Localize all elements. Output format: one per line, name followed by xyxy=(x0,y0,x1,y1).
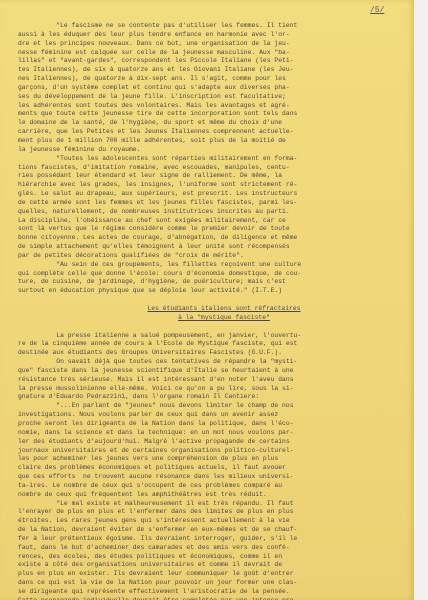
text-line: journaux universitaires et de certaines … xyxy=(18,447,394,456)
text-line: bonne citoyenne. Les actes de courage, d… xyxy=(18,234,394,243)
text-line: les adhérentes sont toutes des volontair… xyxy=(18,102,394,111)
text-line: ries possédant leur étendard et leur sig… xyxy=(18,172,394,181)
section-heading: Les étudiants italiens sont réfractaires… xyxy=(18,305,394,323)
text-line: étroites. Les rares jeunes gens qui s'in… xyxy=(18,517,394,526)
section-paragraph-4: "Le mal existe et malheureusement il est… xyxy=(18,500,394,600)
text-line: nombre de ceux qui fréquentent les amphi… xyxy=(18,491,394,500)
text-line: destinée aux étudiants des Groupes Unive… xyxy=(18,349,394,358)
paragraph-3: "Au sein de ces groupements, les fillett… xyxy=(18,261,394,296)
text-line: rences, des écoles, des études politique… xyxy=(18,553,394,562)
paragraph-2: "Toutes les adolescentes sont réparties … xyxy=(18,155,394,261)
section-paragraph-3: "...En parlant de "jeunes" nous devons l… xyxy=(18,402,394,499)
text-line: résistance très sérieuse. Mais il est in… xyxy=(18,376,394,385)
text-line: ments que toute cette jeunesse tire de c… xyxy=(18,110,394,119)
spacer xyxy=(18,296,394,305)
text-line: re de la cinquième année de cours à l'Ec… xyxy=(18,340,394,349)
text-line: ture, de cuisine, de jardinage, d'hygièn… xyxy=(18,278,394,287)
text-line: nesse féminine est calquée sur celle de … xyxy=(18,49,394,58)
text-line: le domaine de la santé, de l'hygiène, du… xyxy=(18,119,394,128)
text-line: On savait déjà que toutes ces tentatives… xyxy=(18,358,394,367)
text-line: que" fasciste dans la jeunesse scientifi… xyxy=(18,367,394,376)
text-line: tes Italiennes), de six à quatorze ans e… xyxy=(18,66,394,75)
document-body: "Le fascisme ne se contente pas d'utilis… xyxy=(18,22,394,600)
text-line: faut, dans le but d'acheminer des camara… xyxy=(18,544,394,553)
text-line: "Le fascisme ne se contente pas d'utilis… xyxy=(18,22,394,31)
text-line: sont là vertus que le régime considère c… xyxy=(18,225,394,234)
text-line: plus en plus en exister. Ils devraient l… xyxy=(18,570,394,579)
text-line: carrière, que les Petites et les Jeunes … xyxy=(18,128,394,137)
text-line: existe à côté des organisations universi… xyxy=(18,561,394,570)
text-line: "Toutes les adolescentes sont réparties … xyxy=(18,155,394,164)
text-line: de cette armée sont les femmes et les je… xyxy=(18,199,394,208)
text-line: les pour acheminer les jeunes vers une c… xyxy=(18,455,394,464)
text-line: que ces efforts ne trouvent aucune réson… xyxy=(18,473,394,482)
text-line: claire des problèmes économiques et poli… xyxy=(18,464,394,473)
text-line: de la Nation, devraient éviter de s'enfe… xyxy=(18,526,394,535)
text-line: "Le mal existe et malheureusement il est… xyxy=(18,500,394,509)
text-line: hiérarchie avec les grades, les insignes… xyxy=(18,181,394,190)
text-line: ta-ires. Le nombre de ceux qui s'occupen… xyxy=(18,482,394,491)
text-line: fer à leur prétentieux égoïsme. Ils devr… xyxy=(18,535,394,544)
text-line: glés. Le salut au drapeau, aux supérieur… xyxy=(18,190,394,199)
text-line: la jeunesse féminine du royaume. xyxy=(18,146,394,155)
text-line: nomie, dans la science et dans la techni… xyxy=(18,429,394,438)
text-line: par de petites décorations qualifiées de… xyxy=(18,252,394,261)
text-line: investigations. Nous voulons parler de c… xyxy=(18,411,394,420)
paragraph-1: "Le fascisme ne se contente pas d'utilis… xyxy=(18,22,394,155)
page-edge xyxy=(414,0,428,600)
page-number: /5/ xyxy=(370,6,384,15)
text-line: tions fascistes, d'imitation romaine, av… xyxy=(18,164,394,173)
text-line: La discipline, l'obéissance au chef sont… xyxy=(18,217,394,226)
section-paragraph-1: La presse italienne a salué pompeusement… xyxy=(18,332,394,359)
text-line: gnature d'Eduardo Pedrazzini, dans l'org… xyxy=(18,393,394,402)
section-paragraph-2: On savait déjà que toutes ces tentatives… xyxy=(18,358,394,402)
heading-line: Les étudiants italiens sont réfractaires xyxy=(54,305,394,314)
spacer xyxy=(18,323,394,332)
text-line: nes Italiennes), de quatorze à dix-sept … xyxy=(18,75,394,84)
text-line: la presse mussolinienne elle-même. Voici… xyxy=(18,385,394,394)
text-line: l'enrayer de plus en plus et l'enfermer … xyxy=(18,508,394,517)
text-line: qui complète celle que donne l'école: co… xyxy=(18,270,394,279)
text-line: "...En parlant de "jeunes" nous devons l… xyxy=(18,402,394,411)
text-line: ler des étudiants d'aujourd'hui. Malgré … xyxy=(18,438,394,447)
text-line: aussi à les éduquer dès leur plus tendre… xyxy=(18,31,394,40)
text-line: "Au sein de ces groupements, les fillett… xyxy=(18,261,394,270)
text-line: dans ce qui est la vie de la Nation pour… xyxy=(18,579,394,588)
text-line: se dirigeante qui représente effectiveme… xyxy=(18,588,394,597)
text-line: surtout en éducation physique que se dép… xyxy=(18,287,394,296)
text-line: lillas" et "avant-gardes", correspondent… xyxy=(18,57,394,66)
text-line: ses du développement de la jeune fille. … xyxy=(18,93,394,102)
text-line: de simple attachement qu'elles témoignen… xyxy=(18,243,394,252)
text-line: garçons, d'un système complet et continu… xyxy=(18,84,394,93)
text-line: quelles, naturellement, de nombreuses in… xyxy=(18,208,394,217)
document-page: /5/ "Le fascisme ne se contente pas d'ut… xyxy=(0,0,414,600)
text-line: proche seront les dirigeants de la Natio… xyxy=(18,420,394,429)
text-line: La presse italienne a salué pompeusement… xyxy=(18,332,394,341)
text-line: ment plus de 1 million 700 mille adhéren… xyxy=(18,137,394,146)
text-line: dre et les principes nouveaux. Dans ce b… xyxy=(18,40,394,49)
heading-line: à la "mystique fasciste" xyxy=(54,314,394,323)
